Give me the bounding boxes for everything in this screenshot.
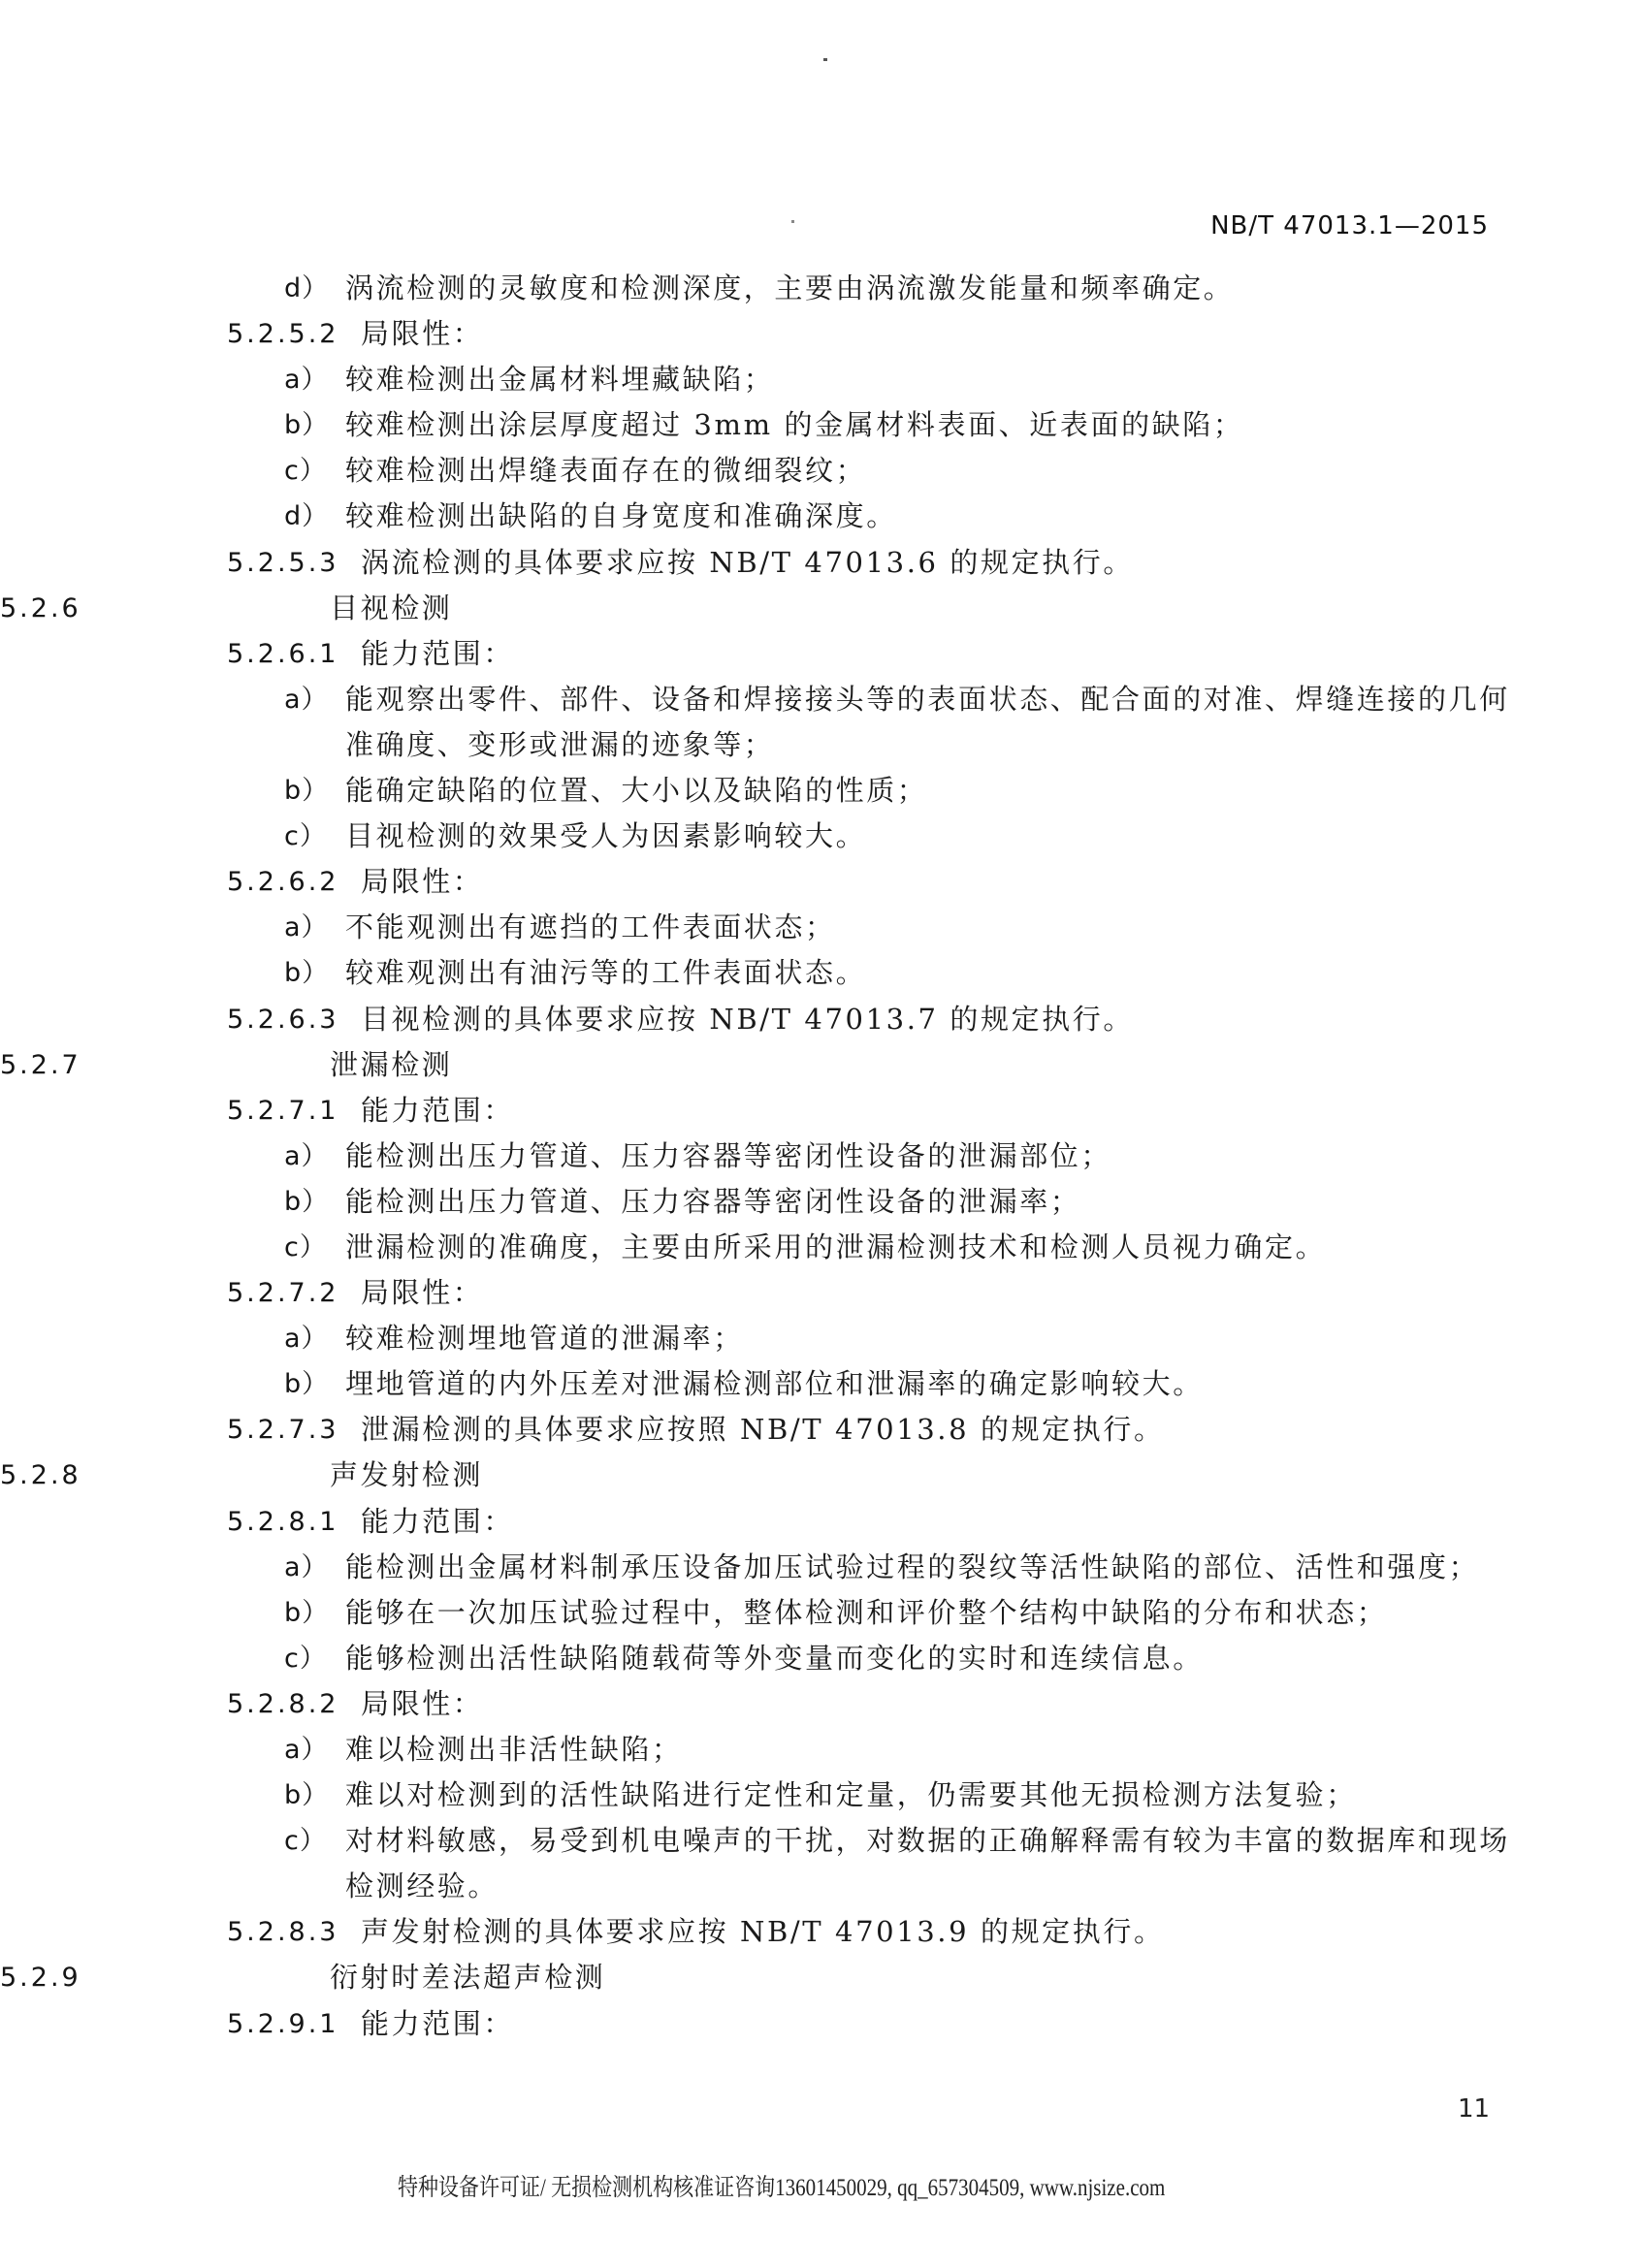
list-item: b）较难检测出涂层厚度超过 3mm 的金属材料表面、近表面的缺陷； [0, 402, 1642, 448]
list-item: c）泄漏检测的准确度，主要由所采用的泄漏检测技术和检测人员视力确定。 [0, 1225, 1642, 1270]
scan-speck [791, 220, 794, 223]
item-label: b） [284, 1590, 329, 1636]
item-label: c） [284, 1636, 327, 1681]
item-label: b） [284, 768, 329, 814]
clause-text: 局限性： [361, 859, 483, 905]
clause-number: 5.2.7.1 [227, 1088, 338, 1134]
item-label: b） [284, 1361, 329, 1407]
section-title: 目视检测 [330, 586, 452, 631]
item-label: a） [284, 1316, 329, 1361]
clause-number: 5.2.5.2 [227, 311, 338, 357]
list-item: a）较难检测出金属材料埋藏缺陷； [0, 357, 1642, 402]
clause-number: 5.2.7.2 [227, 1270, 338, 1316]
clause-number: 5.2.8.1 [227, 1499, 338, 1545]
clause-text: 难以检测出非活性缺陷； [345, 1727, 683, 1773]
clause-text: 不能观测出有遮挡的工件表面状态； [345, 905, 836, 950]
clause-text: 局限性： [361, 311, 483, 357]
clause-number: 5.2.8 [0, 1453, 81, 1498]
clause-text: 较难检测出金属材料埋藏缺陷； [345, 357, 774, 402]
clause: 5.2.5.3涡流检测的具体要求应按 NB/T 47013.6 的规定执行。 [0, 540, 1642, 586]
clause-text: 局限性： [361, 1681, 483, 1727]
list-item-continuation: 检测经验。 [0, 1864, 1642, 1909]
clause-text: 能检测出压力管道、压力容器等密闭性设备的泄漏部位； [345, 1134, 1111, 1179]
clause-text: 能力范围： [361, 2001, 514, 2047]
clause: 5.2.7.2局限性： [0, 1270, 1642, 1316]
clause-text: 较难检测出涂层厚度超过 3mm 的金属材料表面、近表面的缺陷； [345, 402, 1244, 448]
clause-text: 埋地管道的内外压差对泄漏检测部位和泄漏率的确定影响较大。 [345, 1361, 1204, 1407]
clause-text: 目视检测的效果受人为因素影响较大。 [345, 814, 866, 859]
clause-number: 5.2.7.3 [227, 1407, 338, 1453]
clause-text: 目视检测的具体要求应按 NB/T 47013.7 的规定执行。 [361, 997, 1134, 1042]
clause-number: 5.2.9.1 [227, 2001, 338, 2047]
list-item: a）能检测出压力管道、压力容器等密闭性设备的泄漏部位； [0, 1134, 1642, 1179]
section-title: 声发射检测 [330, 1453, 483, 1498]
item-label: c） [284, 1225, 327, 1270]
clause-text: 能检测出压力管道、压力容器等密闭性设备的泄漏率； [345, 1179, 1080, 1225]
list-item: b）能确定缺陷的位置、大小以及缺陷的性质； [0, 768, 1642, 814]
clause-text: 能够检测出活性缺陷随载荷等外变量而变化的实时和连续信息。 [345, 1636, 1204, 1681]
clause-text: 较难检测埋地管道的泄漏率； [345, 1316, 744, 1361]
item-label: a） [284, 1727, 329, 1773]
list-item: c）能够检测出活性缺陷随载荷等外变量而变化的实时和连续信息。 [0, 1636, 1642, 1681]
document-page: NB/T 47013.1—2015 d）涡流检测的灵敏度和检测深度，主要由涡流激… [0, 0, 1642, 2268]
clause-number: 5.2.8.3 [227, 1909, 338, 1955]
clause-text: 较难观测出有油污等的工件表面状态。 [345, 950, 866, 996]
clause-number: 5.2.6 [0, 586, 81, 631]
list-item: a）能观察出零件、部件、设备和焊接接头等的表面状态、配合面的对准、焊缝连接的几何 [0, 677, 1642, 722]
item-label: a） [284, 677, 329, 722]
clause: 5.2.7.1能力范围： [0, 1088, 1642, 1134]
section-heading: 5.2.9衍射时差法超声检测 [0, 1955, 1642, 2000]
clause-text: 声发射检测的具体要求应按 NB/T 47013.9 的规定执行。 [361, 1909, 1165, 1955]
document-body: d）涡流检测的灵敏度和检测深度，主要由涡流激发能量和频率确定。5.2.5.2局限… [0, 266, 1642, 2047]
list-item: c）目视检测的效果受人为因素影响较大。 [0, 814, 1642, 859]
clause-text: 涡流检测的具体要求应按 NB/T 47013.6 的规定执行。 [361, 540, 1134, 586]
section-heading: 5.2.6目视检测 [0, 586, 1642, 631]
clause-number: 5.2.8.2 [227, 1681, 338, 1727]
list-item: a）较难检测埋地管道的泄漏率； [0, 1316, 1642, 1361]
list-item-continuation: 准确度、变形或泄漏的迹象等； [0, 722, 1642, 768]
clause-text: 能力范围： [361, 1499, 514, 1545]
footer-watermark: 特种设备许可证/ 无损检测机构核准证咨询13601450029, qq_6573… [398, 2168, 1165, 2203]
clause-text: 较难检测出缺陷的自身宽度和准确深度。 [345, 494, 897, 539]
list-item: b）能检测出压力管道、压力容器等密闭性设备的泄漏率； [0, 1179, 1642, 1225]
clause-text: 泄漏检测的具体要求应按照 NB/T 47013.8 的规定执行。 [361, 1407, 1165, 1453]
item-label: b） [284, 950, 329, 996]
clause-text: 能检测出金属材料制承压设备加压试验过程的裂纹等活性缺陷的部位、活性和强度； [345, 1545, 1479, 1590]
list-item: a）能检测出金属材料制承压设备加压试验过程的裂纹等活性缺陷的部位、活性和强度； [0, 1545, 1642, 1590]
clause-text: 局限性： [361, 1270, 483, 1316]
clause: 5.2.5.2局限性： [0, 311, 1642, 357]
clause-text: 能观察出零件、部件、设备和焊接接头等的表面状态、配合面的对准、焊缝连接的几何 [345, 677, 1510, 722]
item-label: a） [284, 905, 329, 950]
section-heading: 5.2.7泄漏检测 [0, 1042, 1642, 1088]
clause: 5.2.7.3泄漏检测的具体要求应按照 NB/T 47013.8 的规定执行。 [0, 1407, 1642, 1453]
list-item: a）不能观测出有遮挡的工件表面状态； [0, 905, 1642, 950]
clause: 5.2.6.2局限性： [0, 859, 1642, 905]
clause-text: 能够在一次加压试验过程中，整体检测和评价整个结构中缺陷的分布和状态； [345, 1590, 1387, 1636]
clause-number: 5.2.6.2 [227, 859, 338, 905]
clause: 5.2.8.1能力范围： [0, 1499, 1642, 1545]
clause-text: 检测经验。 [345, 1864, 499, 1909]
clause-text: 涡流检测的灵敏度和检测深度，主要由涡流激发能量和频率确定。 [345, 266, 1234, 311]
clause-text: 能力范围： [361, 1088, 514, 1134]
list-item: c）对材料敏感，易受到机电噪声的干扰，对数据的正确解释需有较为丰富的数据库和现场 [0, 1818, 1642, 1864]
list-item: b）能够在一次加压试验过程中，整体检测和评价整个结构中缺陷的分布和状态； [0, 1590, 1642, 1636]
scan-speck [823, 58, 827, 61]
clause-number: 5.2.9 [0, 1955, 81, 2000]
standard-code-header: NB/T 47013.1—2015 [1210, 211, 1489, 240]
item-label: b） [284, 1773, 329, 1818]
section-heading: 5.2.8声发射检测 [0, 1453, 1642, 1498]
clause: 5.2.6.3目视检测的具体要求应按 NB/T 47013.7 的规定执行。 [0, 997, 1642, 1042]
list-item: b）埋地管道的内外压差对泄漏检测部位和泄漏率的确定影响较大。 [0, 1361, 1642, 1407]
list-item: b）较难观测出有油污等的工件表面状态。 [0, 950, 1642, 996]
clause-text: 泄漏检测的准确度，主要由所采用的泄漏检测技术和检测人员视力确定。 [345, 1225, 1326, 1270]
item-label: c） [284, 1818, 327, 1864]
clause-number: 5.2.6.3 [227, 997, 338, 1042]
page-number: 11 [1458, 2094, 1490, 2124]
clause-text: 准确度、变形或泄漏的迹象等； [345, 722, 774, 768]
clause-text: 较难检测出焊缝表面存在的微细裂纹； [345, 448, 866, 494]
clause-number: 5.2.6.1 [227, 631, 338, 677]
clause: 5.2.6.1能力范围： [0, 631, 1642, 677]
clause: 5.2.8.2局限性： [0, 1681, 1642, 1727]
item-label: d） [284, 266, 329, 311]
clause: 5.2.9.1能力范围： [0, 2001, 1642, 2047]
list-item: d）涡流检测的灵敏度和检测深度，主要由涡流激发能量和频率确定。 [0, 266, 1642, 311]
item-label: a） [284, 1134, 329, 1179]
list-item: a）难以检测出非活性缺陷； [0, 1727, 1642, 1773]
section-title: 衍射时差法超声检测 [330, 1955, 605, 2000]
item-label: c） [284, 814, 327, 859]
list-item: c）较难检测出焊缝表面存在的微细裂纹； [0, 448, 1642, 494]
list-item: b）难以对检测到的活性缺陷进行定性和定量，仍需要其他无损检测方法复验； [0, 1773, 1642, 1818]
list-item: d）较难检测出缺陷的自身宽度和准确深度。 [0, 494, 1642, 539]
clause: 5.2.8.3声发射检测的具体要求应按 NB/T 47013.9 的规定执行。 [0, 1909, 1642, 1955]
item-label: a） [284, 357, 329, 402]
item-label: b） [284, 402, 329, 448]
item-label: a） [284, 1545, 329, 1590]
clause-text: 能确定缺陷的位置、大小以及缺陷的性质； [345, 768, 927, 814]
clause-text: 能力范围： [361, 631, 514, 677]
clause-number: 5.2.7 [0, 1042, 81, 1088]
section-title: 泄漏检测 [330, 1042, 452, 1088]
item-label: d） [284, 494, 329, 539]
clause-text: 难以对检测到的活性缺陷进行定性和定量，仍需要其他无损检测方法复验； [345, 1773, 1357, 1818]
item-label: b） [284, 1179, 329, 1225]
clause-number: 5.2.5.3 [227, 540, 338, 586]
clause-text: 对材料敏感，易受到机电噪声的干扰，对数据的正确解释需有较为丰富的数据库和现场 [345, 1818, 1510, 1864]
item-label: c） [284, 448, 327, 494]
